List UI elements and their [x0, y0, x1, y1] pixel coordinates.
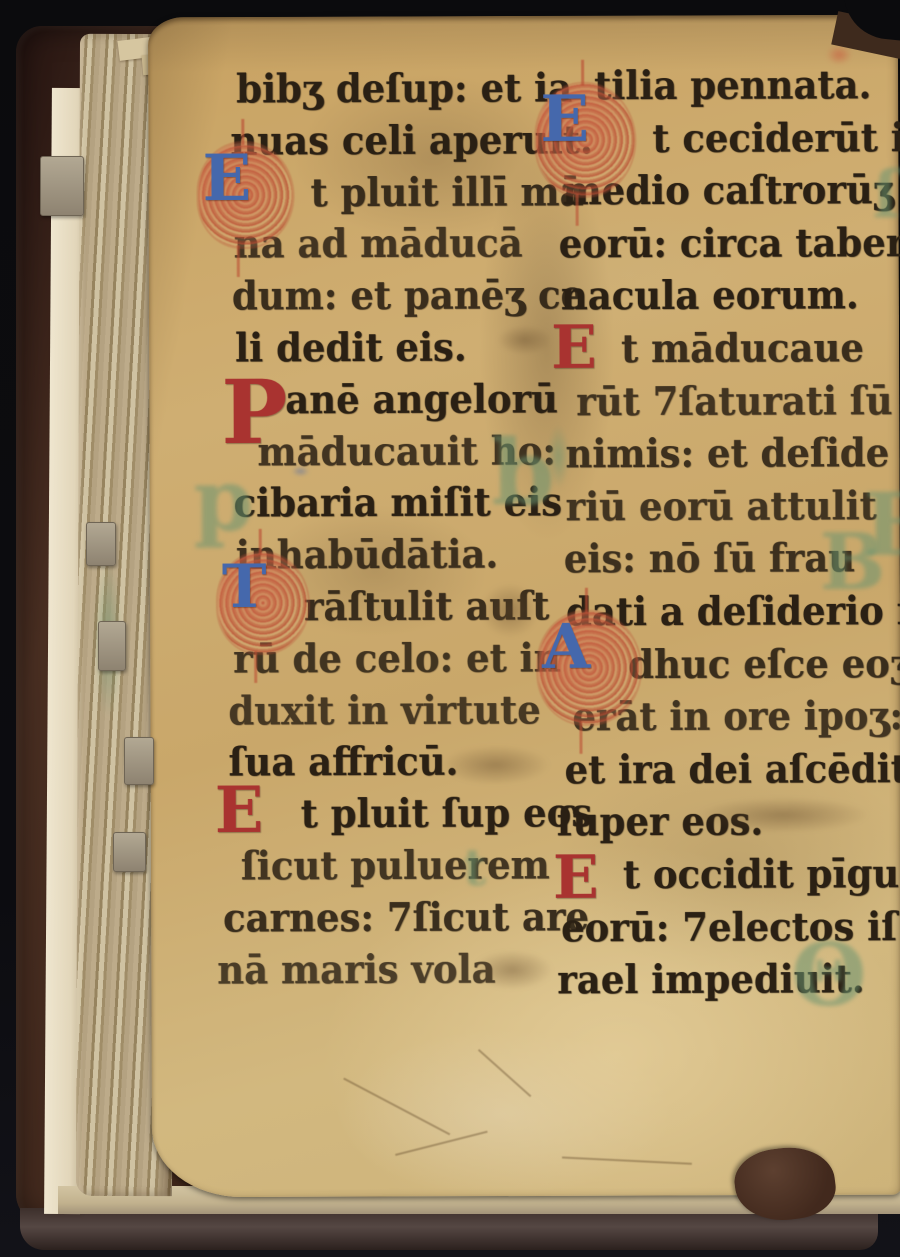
- versal-initial-T: T: [222, 559, 304, 647]
- showthrough-smudge: [471, 950, 553, 990]
- text-line: carnes: 7ſicut are: [223, 895, 589, 939]
- vellum-page: pbtBſBΘbibʒ deſup: et ianuas celi aperui…: [148, 15, 900, 1198]
- text-line: t pluit ſup eos: [301, 791, 593, 835]
- text-line: nimis: et deſide: [565, 431, 889, 475]
- fore-edge-tab: [124, 737, 154, 785]
- versal-initial-E: E: [202, 149, 288, 241]
- initial-letter: P: [221, 371, 291, 455]
- text-column-left: bibʒ deſup: et ianuas celi aperuit.t plu…: [226, 17, 230, 1117]
- fore-edge-tab: [113, 832, 146, 872]
- text-line: t ceciderūt in: [652, 115, 900, 159]
- initial-letter: E: [551, 320, 615, 377]
- text-line: bibʒ deſup: et ia: [236, 66, 572, 110]
- showthrough-smudge: [497, 325, 552, 355]
- showthrough-smudge: [440, 745, 550, 785]
- initial-letter: E: [553, 850, 617, 907]
- text-line: eis: nō ſū frau: [564, 536, 856, 580]
- manuscript-photo: pbtBſBΘbibʒ deſup: et ianuas celi aperui…: [0, 0, 900, 1257]
- text-line: nā maris vola: [217, 947, 496, 991]
- versal-initial-A: A: [542, 618, 636, 718]
- initial-letter: A: [542, 618, 636, 677]
- text-column-right: tilia pennata.t ceciderūt inmedio caſtro…: [554, 16, 558, 1116]
- text-line: t māducaue: [621, 326, 864, 370]
- fore-edge-tab: [98, 621, 126, 671]
- versal-initial-E: E: [215, 781, 285, 861]
- parchment-crease: [343, 1078, 450, 1136]
- leather-binding-bottom-edge: [20, 1208, 878, 1250]
- text-line: eorū: circa taber: [559, 220, 900, 264]
- text-line: duxit in virtute: [228, 688, 541, 732]
- text-line: nacula eorum.: [561, 273, 859, 317]
- initial-letter: T: [222, 559, 304, 616]
- showthrough-letter: Θ: [791, 925, 863, 1021]
- versal-initial-P: P: [221, 371, 291, 491]
- versal-initial-E: E: [540, 90, 630, 190]
- parchment-crease: [478, 1049, 532, 1097]
- text-line: et ira dei aſcēdit: [564, 746, 900, 790]
- showthrough-letter: t: [463, 838, 523, 894]
- parchment-crease: [562, 1156, 692, 1164]
- text-line: dhuc eſce eoʒ: [628, 641, 900, 685]
- showthrough-smudge: [292, 467, 310, 476]
- showthrough-letter: B: [864, 475, 900, 571]
- text-line: rūt 7ſaturati ſū: [576, 378, 892, 422]
- showthrough-smudge: [480, 583, 540, 638]
- parchment-crease: [395, 1131, 488, 1156]
- text-line: dum: et panēʒ ce: [232, 273, 584, 317]
- initial-letter: E: [202, 149, 288, 210]
- initial-letter: E: [215, 781, 285, 842]
- fore-edge-tab: [86, 522, 116, 566]
- fore-edge-tab: [40, 156, 84, 216]
- showthrough-letter: ſ: [872, 157, 898, 229]
- showthrough-smudge: [547, 424, 569, 490]
- showthrough-smudge: [696, 797, 871, 834]
- versal-initial-E: E: [553, 850, 617, 924]
- showthrough-letter: b: [491, 420, 536, 520]
- versal-initial-E: E: [551, 320, 615, 394]
- text-line: tilia pennata.: [594, 63, 871, 107]
- text-line: t occidit pīgue: [623, 852, 900, 896]
- text-line: anē angelorū: [285, 377, 558, 421]
- initial-letter: E: [540, 90, 630, 151]
